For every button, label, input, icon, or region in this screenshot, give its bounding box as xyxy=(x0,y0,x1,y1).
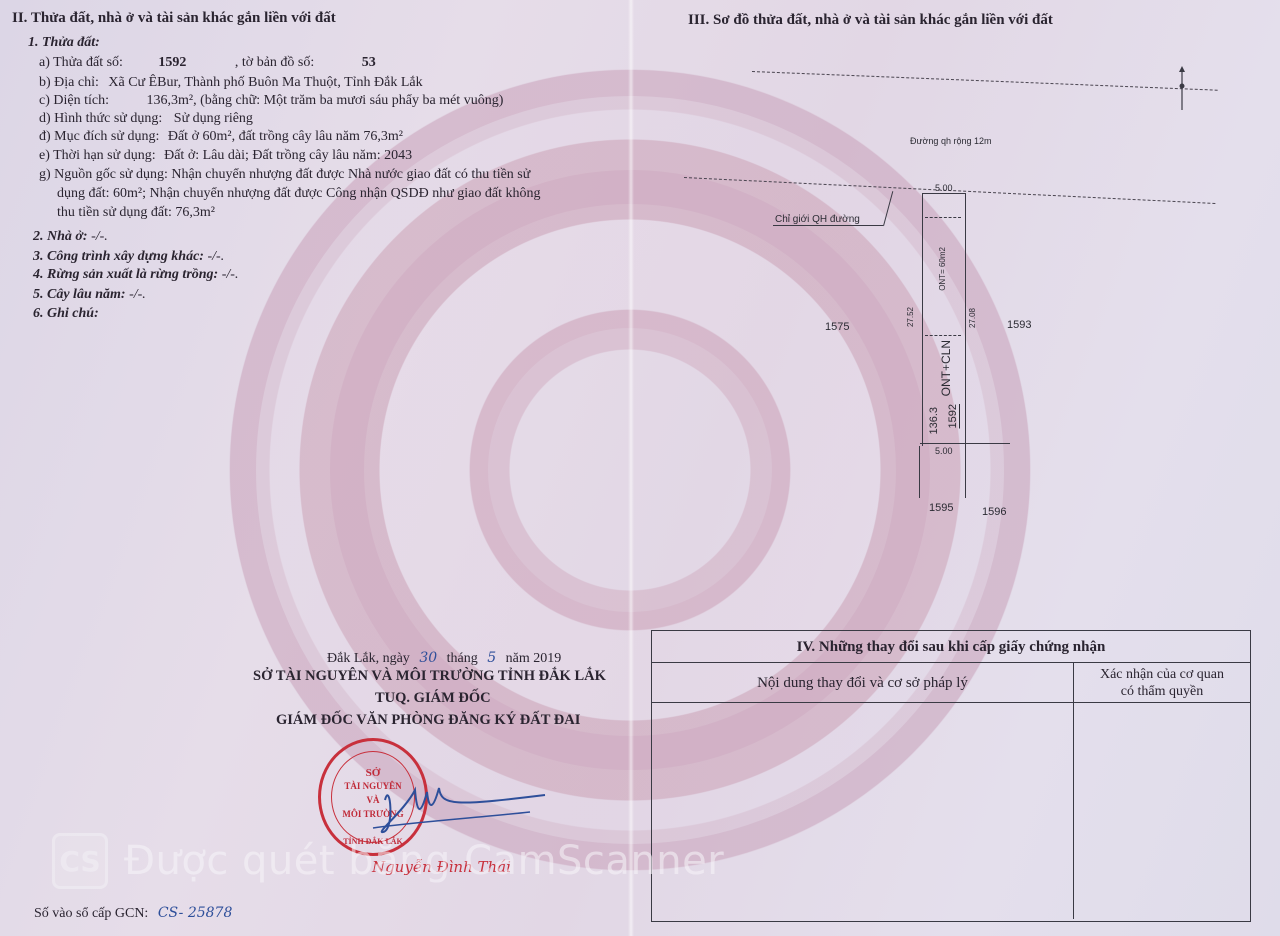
item3-label: 3. Công trình xây dựng khác: xyxy=(33,249,204,264)
month-label: tháng xyxy=(447,651,478,666)
parcel-left-extension xyxy=(919,446,920,498)
issue-date: Đắk Lắk, ngày 30 tháng 5 năm 2019 xyxy=(327,650,561,667)
neighbor-bottom-right: 1596 xyxy=(982,506,1006,518)
col-change-content: Nội dung thay đổi và cơ sở pháp lý xyxy=(652,663,1074,702)
date-day: 30 xyxy=(413,650,443,666)
usage-label: ONT+CLN xyxy=(939,340,953,396)
parcel-bottom-edge xyxy=(920,443,1010,444)
item2-label: 2. Nhà ở: xyxy=(33,229,88,244)
item1-title: 1. Thửa đất: xyxy=(28,35,100,51)
parcel-number-row: a) Thửa đất số: 1592 , tờ bản đồ số: 53 xyxy=(39,55,376,71)
top-width: 5.00 xyxy=(935,183,953,193)
use-purpose-value: Đất ở 60m², đất trồng cây lâu năm 76,3m² xyxy=(163,129,403,144)
parcel-area-label: 136.3 xyxy=(928,407,940,435)
boundary-leader-v xyxy=(883,191,893,226)
gcn-value: CS- 25878 xyxy=(152,905,233,921)
use-term-label: e) Thời hạn sử dụng: xyxy=(39,148,156,163)
road-label: Đường qh rộng 12m xyxy=(910,136,991,146)
gcn-number-row: Số vào sổ cấp GCN: CS- 25878 xyxy=(34,905,232,922)
right-length: 27.08 xyxy=(968,308,977,328)
address-label: b) Địa chỉ: xyxy=(39,75,99,90)
origin-line-2: dụng đất: 60m²; Nhận chuyển nhượng đất đ… xyxy=(57,186,541,202)
item5-value: -/-. xyxy=(129,287,146,302)
item3-value: -/-. xyxy=(207,249,224,264)
use-term-value: Đất ở: Lâu dài; Đất trồng cây lâu năm: 2… xyxy=(159,148,412,163)
bottom-width: 5.00 xyxy=(935,446,953,456)
origin-line-3: thu tiền sử dụng đất: 76,3m² xyxy=(57,205,215,221)
item4-value: -/-. xyxy=(222,267,239,282)
year-label: năm 2019 xyxy=(506,651,562,666)
item2-value: -/-. xyxy=(91,229,108,244)
date-month: 5 xyxy=(481,650,502,666)
signature-scribble xyxy=(355,770,565,840)
use-term-row: e) Thời hạn sử dụng: Đất ở: Lâu dài; Đất… xyxy=(39,148,412,164)
camscanner-logo-icon: CS xyxy=(52,833,108,889)
north-arrow-icon xyxy=(1176,66,1188,112)
area-value: 136,3m², (bằng chữ: Một trăm ba mươi sáu… xyxy=(112,93,503,108)
neighbor-left: 1575 xyxy=(825,321,849,333)
authority-confirm-cell xyxy=(1074,703,1250,919)
camscanner-text: Được quét bằng CamScanner xyxy=(124,838,724,884)
camscanner-watermark: CS Được quét bằng CamScanner xyxy=(52,833,724,889)
address-row: b) Địa chỉ: Xã Cư ÊBur, Thành phố Buôn M… xyxy=(39,75,423,91)
item6-notes: 6. Ghi chú: xyxy=(33,306,99,322)
area-label: c) Diện tích: xyxy=(39,93,109,108)
changes-table-header: Nội dung thay đổi và cơ sở pháp lý Xác n… xyxy=(652,663,1250,703)
use-form-value: Sử dụng riêng xyxy=(166,111,253,126)
use-form-row: d) Hình thức sử dụng: Sử dụng riêng xyxy=(39,111,253,127)
item4-label: 4. Rừng sản xuất là rừng trồng: xyxy=(33,267,218,282)
setback-line-top xyxy=(925,217,961,218)
neighbor-right: 1593 xyxy=(1007,319,1031,331)
ont-area-label: ONT= 60m2 xyxy=(938,247,947,291)
date-prefix: Đắk Lắk, ngày xyxy=(327,651,410,666)
signer-position: GIÁM ĐỐC VĂN PHÒNG ĐĂNG KÝ ĐẤT ĐAI xyxy=(276,712,580,729)
use-form-label: d) Hình thức sử dụng: xyxy=(39,111,162,126)
setback-line-mid xyxy=(925,335,961,336)
use-purpose-label: đ) Mục đích sử dụng: xyxy=(39,129,159,144)
col2-line1: Xác nhận của cơ quan xyxy=(1074,666,1250,683)
changes-table: IV. Những thay đổi sau khi cấp giấy chứn… xyxy=(651,630,1251,922)
left-length: 27.52 xyxy=(906,307,915,327)
map-sheet-number: 53 xyxy=(318,55,376,70)
parcel-number: 1592 xyxy=(126,55,231,71)
page-fold xyxy=(628,0,634,936)
road-edge-top xyxy=(752,71,1218,91)
address-value: Xã Cư ÊBur, Thành phố Buôn Ma Thuột, Tỉn… xyxy=(102,75,422,90)
parcel-label: a) Thửa đất số: xyxy=(39,55,123,70)
section-ii-title: II. Thửa đất, nhà ở và tài sản khác gắn … xyxy=(12,10,336,27)
col-authority-confirm: Xác nhận của cơ quan có thẩm quyền xyxy=(1074,663,1250,702)
issuing-org: SỞ TÀI NGUYÊN VÀ MÔI TRƯỜNG TỈNH ĐẮK LẮK xyxy=(253,668,606,685)
boundary-leader-h xyxy=(773,225,883,226)
item4-forest: 4. Rừng sản xuất là rừng trồng: -/-. xyxy=(33,267,238,283)
item3-construction: 3. Công trình xây dựng khác: -/-. xyxy=(33,249,224,265)
parcel-number-label: 1592 xyxy=(947,404,959,428)
boundary-label: Chỉ giới QH đường xyxy=(775,214,860,225)
use-purpose-row: đ) Mục đích sử dụng: Đất ở 60m², đất trồ… xyxy=(39,129,403,145)
item5-label: 5. Cây lâu năm: xyxy=(33,287,126,302)
item5-perennial: 5. Cây lâu năm: -/-. xyxy=(33,287,146,303)
origin-line-1: g) Nguồn gốc sử dụng: Nhận chuyển nhượng… xyxy=(39,167,530,183)
gcn-label: Số vào sổ cấp GCN: xyxy=(34,906,148,921)
area-row: c) Diện tích: 136,3m², (bằng chữ: Một tr… xyxy=(39,93,503,109)
map-sheet-label: , tờ bản đồ số: xyxy=(235,55,314,70)
authorization-line: TUQ. GIÁM ĐỐC xyxy=(375,690,491,707)
changes-table-title: IV. Những thay đổi sau khi cấp giấy chứn… xyxy=(652,631,1250,663)
changes-table-body xyxy=(652,703,1250,919)
neighbor-bottom-left: 1595 xyxy=(929,502,953,514)
section-iii-title: III. Sơ đồ thửa đất, nhà ở và tài sản kh… xyxy=(688,12,1053,29)
col2-line2: có thẩm quyền xyxy=(1074,683,1250,700)
item2-house: 2. Nhà ở: -/-. xyxy=(33,229,108,245)
parcel-right-extension xyxy=(965,446,966,498)
